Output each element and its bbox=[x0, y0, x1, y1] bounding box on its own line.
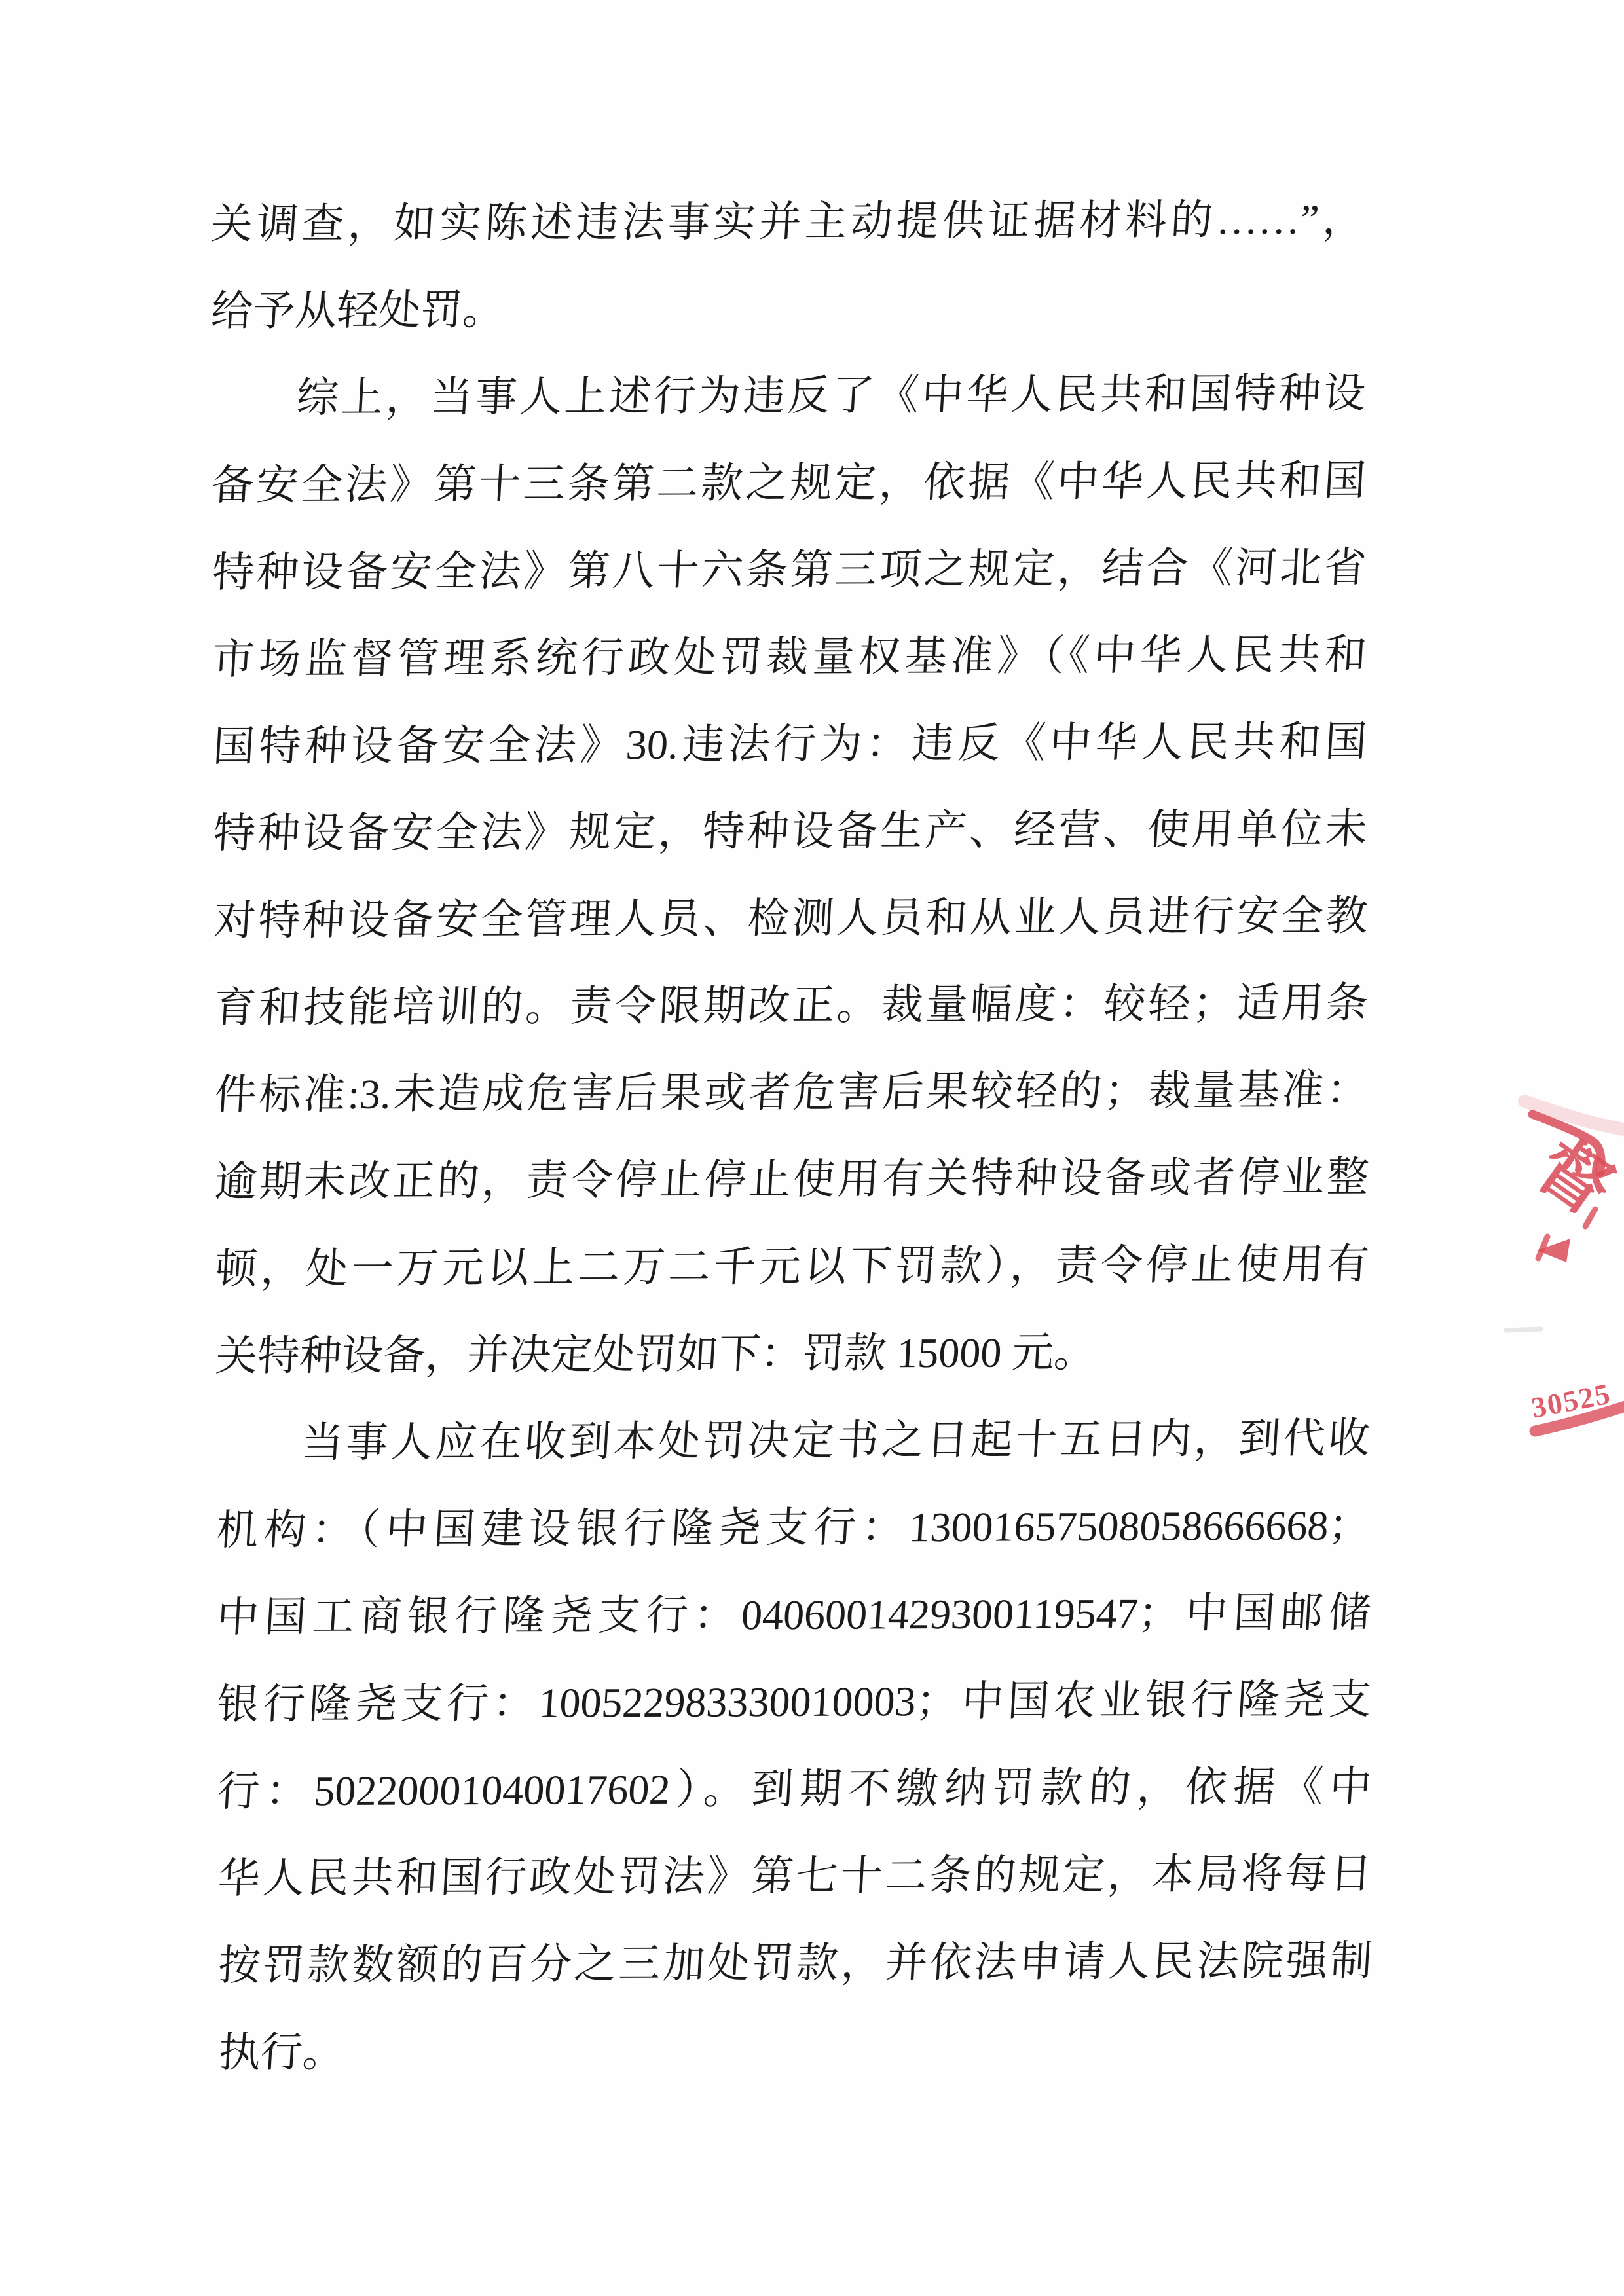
text-line: 综上，当事人上述行为违反了《中华人民共和国特种设 bbox=[209, 350, 1368, 442]
text-line: 特种设备安全法》规定，特种设备生产、经营、使用单位未 bbox=[211, 785, 1370, 877]
text-line: 按罚款数额的百分之三加处罚款，并依法申请人民法院强制 bbox=[216, 1917, 1375, 2009]
text-line: 执行。 bbox=[216, 2004, 1375, 2096]
seal-character: 督 bbox=[1523, 1126, 1624, 1230]
text-line: 国特种设备安全法》30.违法行为：违反《中华人民共和国 bbox=[211, 698, 1370, 790]
text-line: 逾期未改正的，责令停止停止使用有关特种设备或者停业整 bbox=[213, 1133, 1372, 1226]
text-line: 件标准:3.未造成危害后果或者危害后果较轻的；裁量基准： bbox=[212, 1046, 1371, 1139]
text-line: 当事人应在收到本处罚决定书之日起十五日内，到代收 bbox=[213, 1394, 1373, 1487]
text-line: 华人民共和国行政处罚法》第七十二条的规定，本局将每日 bbox=[215, 1830, 1375, 1922]
text-line: 市场监督管理系统行政处罚裁量权基准》（《中华人民共和 bbox=[210, 611, 1369, 703]
text-line: 特种设备安全法》第八十六条第三项之规定，结合《河北省 bbox=[210, 524, 1369, 616]
text-line: 关特种设备，并决定处罚如下：罚款 15000 元。 bbox=[213, 1307, 1373, 1400]
text-line: 育和技能培训的。责令限期改正。裁量幅度：较轻；适用条 bbox=[212, 959, 1371, 1051]
official-seal-stamp: 督 30525 bbox=[1493, 1061, 1624, 1453]
text-line: 顿，处一万元以上二万二千元以下罚款），责令停止使用有 bbox=[213, 1220, 1372, 1313]
text-line: 给予从轻处罚。 bbox=[209, 263, 1368, 355]
scan-streak bbox=[1506, 1329, 1541, 1330]
text-line: 机构：（中国建设银行隆尧支行：13001657508058666668； bbox=[214, 1482, 1373, 1574]
text-line: 银行隆尧支行：100522983330010003；中国农业银行隆尧支 bbox=[215, 1656, 1374, 1748]
document-body: 关调查，如实陈述违法事实并主动提供证据材料的……”， 给予从轻处罚。 综上，当事… bbox=[211, 175, 1373, 2096]
text-line: 关调查，如实陈述违法事实并主动提供证据材料的……”， bbox=[208, 175, 1367, 268]
document-page: 关调查，如实陈述违法事实并主动提供证据材料的……”， 给予从轻处罚。 综上，当事… bbox=[0, 0, 1624, 2296]
text-line: 对特种设备安全管理人员、检测人员和从业人员进行安全教 bbox=[212, 872, 1371, 964]
text-line: 行：50220001040017602）。到期不缴纳罚款的，依据《中 bbox=[215, 1743, 1375, 1835]
text-line: 中国工商银行隆尧支行：0406001429300119547；中国邮储 bbox=[214, 1569, 1373, 1661]
text-line: 备安全法》第十三条第二款之规定，依据《中华人民共和国 bbox=[210, 437, 1369, 529]
